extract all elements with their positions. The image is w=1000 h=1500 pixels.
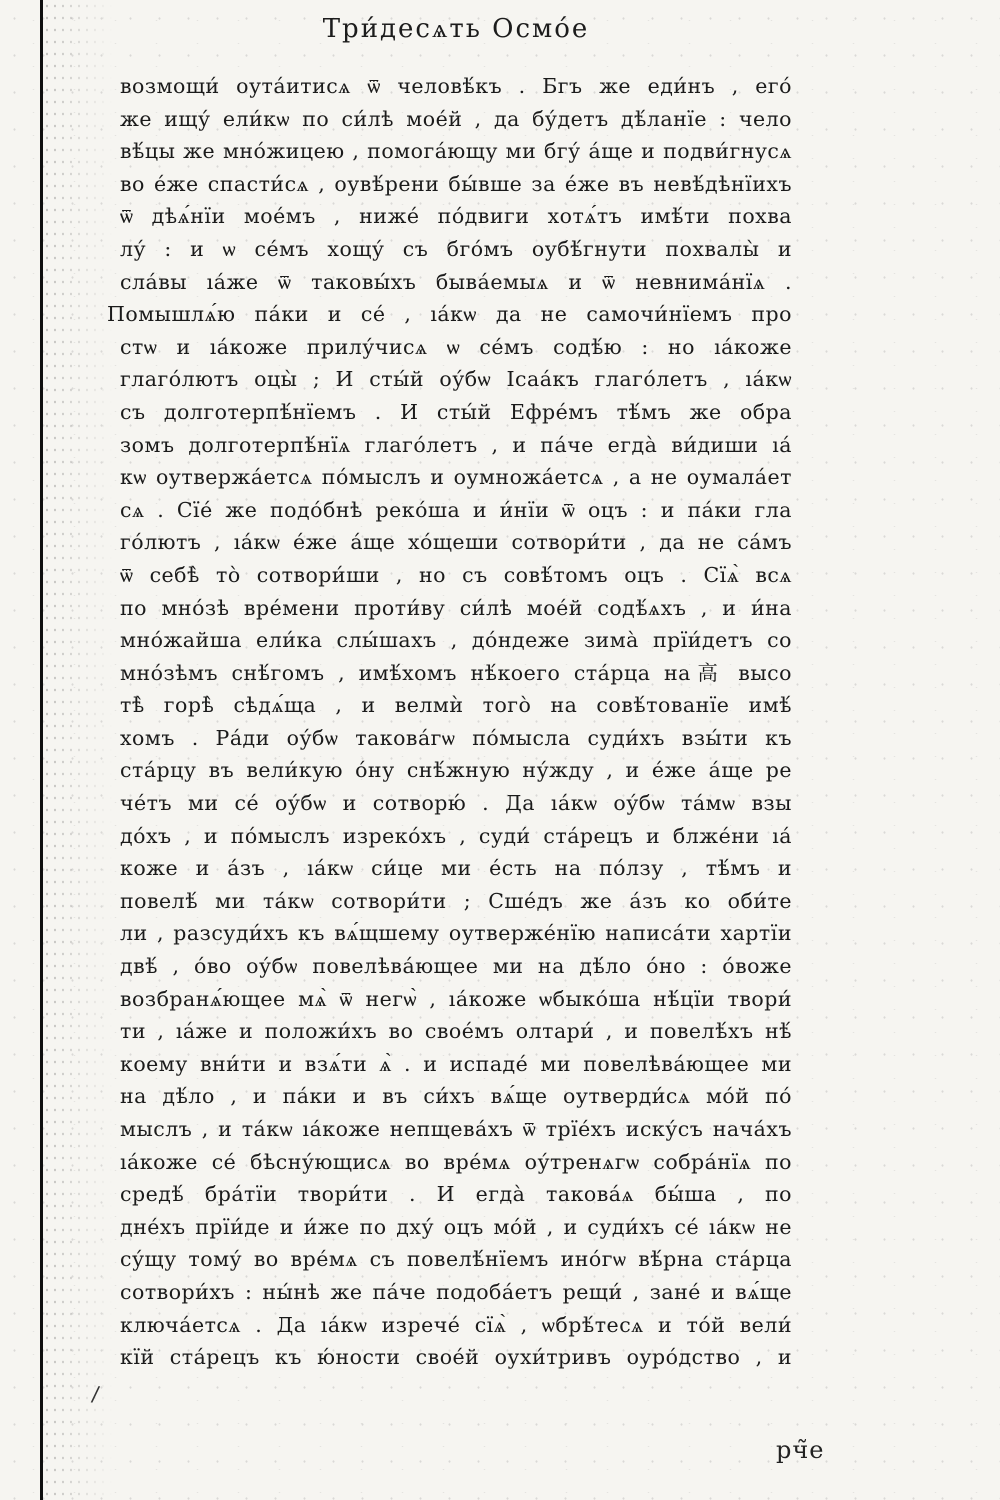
text-line: дне́хъ прїи́де и и́же по дху́ оцъ мо́й ,… xyxy=(120,1211,792,1244)
text-line: мыслъ , и та́кѡ ıа́коже непщева́хъ ѿ трї… xyxy=(120,1113,792,1146)
text-line: по мно́зѣ вре́мени проти́ву си́лѣ мое́й … xyxy=(120,592,792,625)
text-line: же ищу́ ели́кѡ по си́лѣ мое́й , да бу́де… xyxy=(120,103,792,136)
margin-slash-mark: / xyxy=(90,1382,100,1407)
text-line: сла́вы ıа́же ѿ таковы́хъ быва́емыѧ и ѿ н… xyxy=(120,266,792,299)
text-line: го́лютъ , ıа́кѡ е́же а́ще хо́щеши сотвор… xyxy=(120,526,792,559)
text-line: зомъ долготерпѣ́нїѧ глаго́летъ , и па́че… xyxy=(120,429,792,462)
text-line: сѧ . Сїе́ же подо́бнѣ реко́ша и и́нїи ѿ … xyxy=(120,494,792,527)
text-line: коже и а́зъ , ıа́кѡ си́це ми е́сть на по… xyxy=(120,852,792,885)
text-line: ти , ıа́же и положи́хъ во свое́мъ олтари… xyxy=(120,1015,792,1048)
text-line: че́тъ ми се́ оу́бѡ и сотворю́ . Да ıа́кѡ… xyxy=(120,787,792,820)
folio-number: рч̃е xyxy=(776,1436,824,1464)
text-line: возбранѧ́ющее мѧ̀ ѿ негѡ̀ , ıа́коже ѡбык… xyxy=(120,983,792,1016)
text-line: сотвори́хъ : ны́нѣ же па́че подоба́етъ р… xyxy=(120,1276,792,1309)
text-line: ключа́етсѧ . Да ıа́кѡ изрече́ сїѧ̀ , ѡбр… xyxy=(120,1309,792,1342)
text-line: до́хъ , и по́мыслъ изреко́хъ , суди́ ста… xyxy=(120,820,792,853)
text-line: возмощи́ оута́итисѧ ѿ человѣ́къ . Бгъ же… xyxy=(120,70,792,103)
text-block: возмощи́ оута́итисѧ ѿ человѣ́къ . Бгъ же… xyxy=(120,70,792,1374)
text-line: су́щу тому́ во вре́мѧ съ повелѣ́нїемъ ин… xyxy=(120,1243,792,1276)
text-line: повелѣ́ ми та́кѡ сотвори́ти ; Сше́дъ же … xyxy=(120,885,792,918)
text-line: съ долготерпѣ́нїемъ . И сты́й Ефре́мъ тѣ… xyxy=(120,396,792,429)
text-line: мно́жайша ели́ка слы́шахъ , до́ндеже зим… xyxy=(120,624,792,657)
text-line: кѡ оутвержа́етсѧ по́мыслъ и оумножа́етсѧ… xyxy=(120,461,792,494)
text-line: коему вни́ти и взѧ́ти ѧ̀ . и испаде́ ми … xyxy=(120,1048,792,1081)
text-line: ıа́коже се́ бѣсну́ющисѧ во вре́мѧ оу́тре… xyxy=(120,1146,792,1179)
text-line: ли , разсуди́хъ къ вѧ́щшему оутверже́нїю… xyxy=(120,917,792,950)
text-line: вѣ́цы же мно́жицею , помога́ющу ми бгу́ … xyxy=(120,135,792,168)
text-line: мно́зѣмъ снѣ́гомъ , имѣ́хомъ нѣ́коего ст… xyxy=(120,657,792,690)
text-line: тѣ̀ горѣ̀ сѣдѧ́ща , и велмѝ того̀ на сов… xyxy=(120,689,792,722)
text-line: ста́рцу въ вели́кую о́ну снѣ́жную ну́жду… xyxy=(120,754,792,787)
text-line: средѣ́ бра́тїи твори́ти . И егда̀ такова… xyxy=(120,1178,792,1211)
text-line: глаго́лютъ оцы̀ ; И сты́й оу́бѡ Ісаа́къ … xyxy=(120,363,792,396)
text-line: ѿ себѣ̀ то̀ сотвори́ши , но съ совѣ́томъ… xyxy=(120,559,792,592)
gutter-noise xyxy=(43,0,113,1500)
text-line: стѡ и ıа́коже прилу́чисѧ ѡ се́мъ содѣ́ю … xyxy=(120,331,792,364)
text-line: кїй ста́рецъ къ ю́ности свое́й оухи́трив… xyxy=(120,1341,792,1374)
binding-rule xyxy=(40,0,43,1500)
text-line: хомъ . Ра́ди оу́бѡ такова́гѡ по́мысла су… xyxy=(120,722,792,755)
text-line: во е́же спасти́сѧ , оувѣ́рени бы́вше за … xyxy=(120,168,792,201)
text-line: ѿ дѣѧ́нїи мое́мъ , ниже́ по́двиги хотѧ́т… xyxy=(120,200,792,233)
page-heading: Три́десѧть Осмо́е xyxy=(120,14,792,44)
text-line: Помышлѧ́ю па́ки и се́ , ıа́кѡ да не само… xyxy=(107,298,792,331)
text-line: на дѣ́ло , и па́ки и въ си́хъ вѧ́ще оутв… xyxy=(120,1080,792,1113)
text-line: лу́ : и ѡ се́мъ хощу́ съ бго́мъ оубѣ́гну… xyxy=(120,233,792,266)
text-line: двѣ́ , о́во оу́бѡ повелѣва́ющее ми на дѣ… xyxy=(120,950,792,983)
